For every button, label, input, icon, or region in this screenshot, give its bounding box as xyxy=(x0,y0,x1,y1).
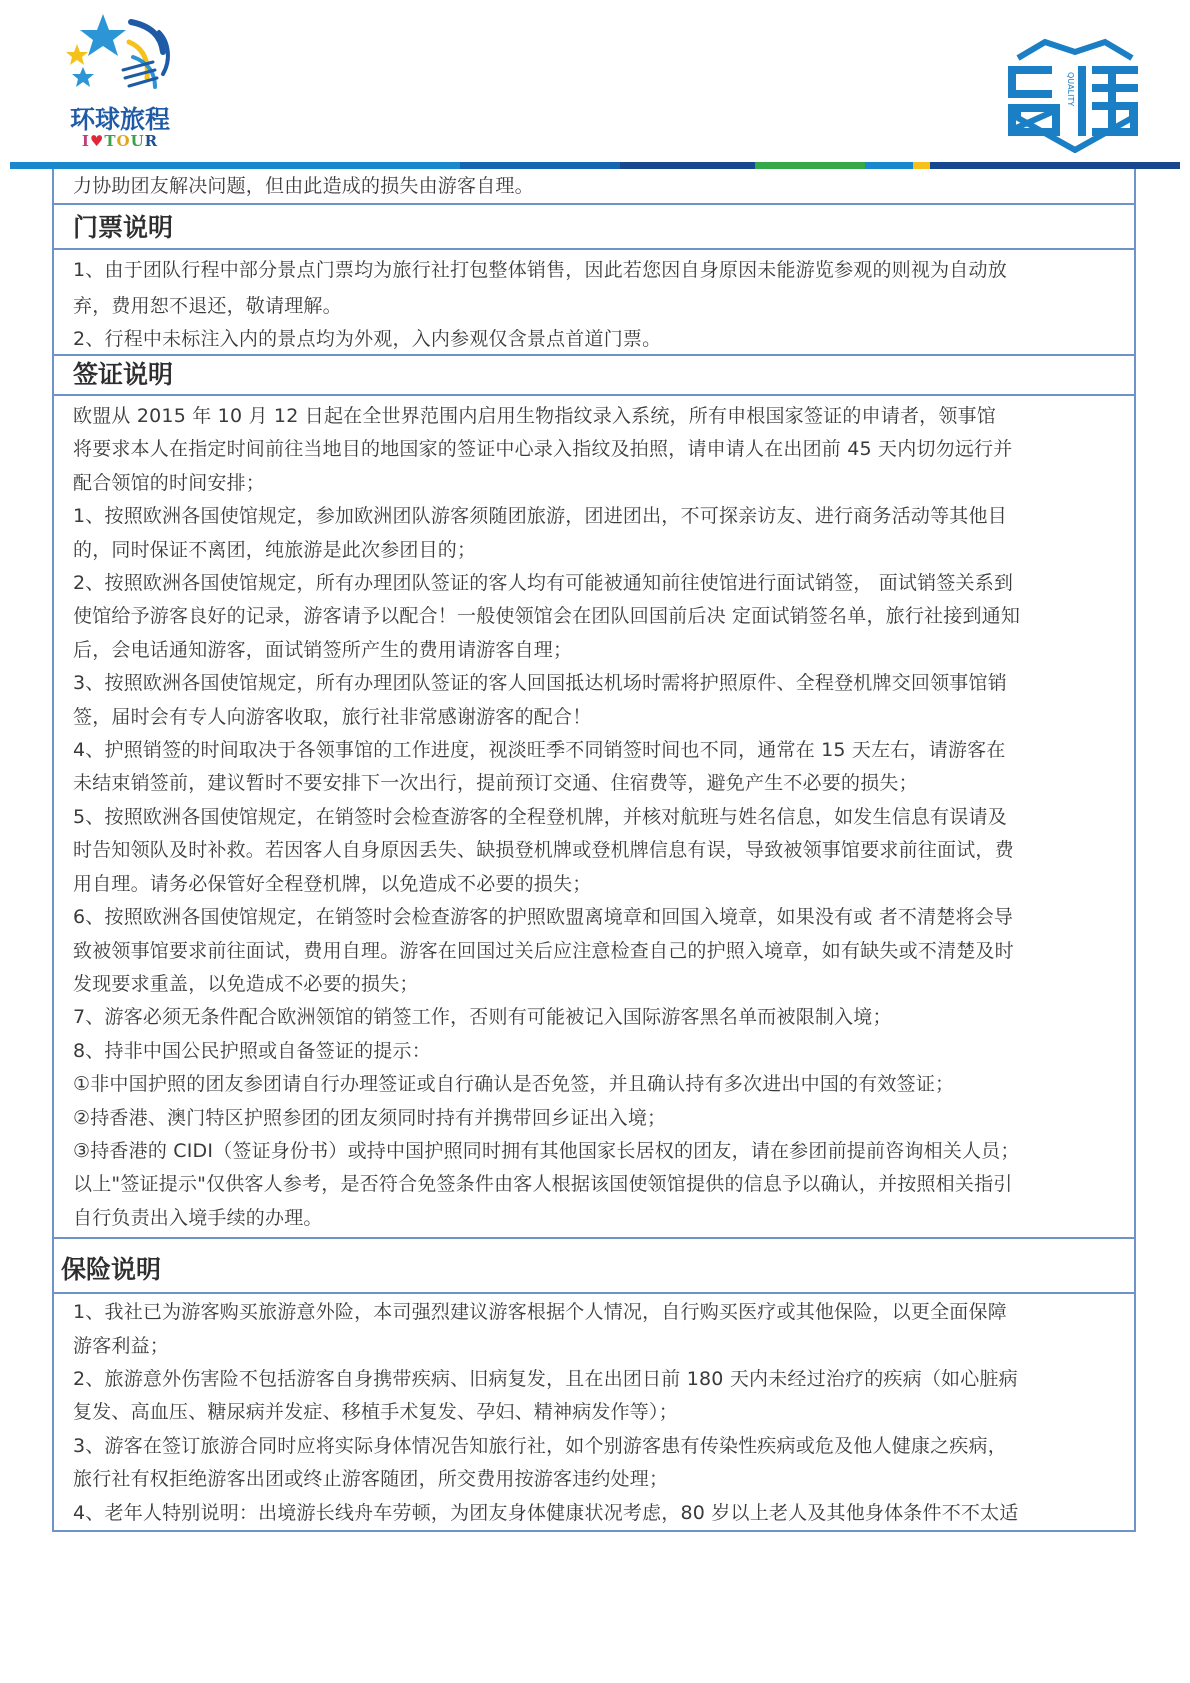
body-line: 配合领馆的时间安排； xyxy=(73,467,1116,500)
body-line: 致被领事馆要求前往面试，费用自理。游客在回国过关后应注意检查自己的护照入境章，如… xyxy=(73,935,1116,968)
body-line: 2、行程中未标注入内的景点均为外观，入内参观仅含景点首道门票。 xyxy=(73,324,1116,354)
body-line: 游客利益； xyxy=(73,1330,1116,1363)
stripe-segment xyxy=(930,162,1180,169)
stars-logo-icon xyxy=(63,12,178,97)
brand-name-cn: 环球旅程 xyxy=(55,100,185,136)
stripe-segment xyxy=(460,162,620,169)
body-line: 未结束销签前，建议暂时不要安排下一次出行，提前预订交通、住宿费等，避免产生不必要… xyxy=(73,767,1116,800)
continuation-text: 力协助团友解决问题，但由此造成的损失由游客自理。 xyxy=(73,169,1116,203)
body-line: 4、护照销签的时间取决于各领事馆的工作进度，视淡旺季不同销签时间也不同，通常在 … xyxy=(73,734,1116,767)
body-line: 1、我社已为游客购买旅游意外险，本司强烈建议游客根据个人情况，自行购买医疗或其他… xyxy=(73,1296,1116,1329)
body-line: 1、按照欧洲各国使馆规定，参加欧洲团队游客须随团旅游，团进团出，不可探亲访友、进… xyxy=(73,500,1116,533)
body-line: 自行负责出入境手续的办理。 xyxy=(73,1202,1116,1235)
stripe-segment xyxy=(620,162,755,169)
header-stripe xyxy=(10,162,1180,169)
section-heading-tickets: 门票说明 xyxy=(54,203,1134,248)
body-line: 用自理。请务必保管好全程登机牌，以免造成不必要的损失； xyxy=(73,868,1116,901)
body-line: 5、按照欧洲各国使馆规定，在销签时会检查游客的全程登机牌，并核对航班与姓名信息，… xyxy=(73,801,1116,834)
body-line: 复发、高血压、糖尿病并发症、移植手术复发、孕妇、精神病发作等）； xyxy=(73,1396,1116,1429)
section-body-tickets: 1、由于团队行程中部分景点门票均为旅行社打包整体销售，因此若您因自身原因未能游览… xyxy=(54,248,1134,354)
body-line: 4、老年人特别说明：出境游长线舟车劳顿，为团友身体健康状况考虑，80 岁以上老人… xyxy=(73,1497,1116,1530)
body-line: 6、按照欧洲各国使馆规定，在销签时会检查游客的护照欧盟离境章和回国入境章，如果没… xyxy=(73,901,1116,934)
body-line: 时告知领队及时补救。若因客人自身原因丢失、缺损登机牌或登机牌信息有误，导致被领事… xyxy=(73,834,1116,867)
body-line: ②持香港、澳门特区护照参团的团友须同时持有并携带回乡证出入境； xyxy=(73,1102,1116,1135)
body-line: 2、旅游意外伤害险不包括游客自身携带疾病、旧病复发，且在出团日前 180 天内未… xyxy=(73,1363,1116,1396)
stripe-segment xyxy=(755,162,865,169)
body-line: 欧盟从 2015 年 10 月 12 日起在全世界范围内启用生物指纹录入系统，所… xyxy=(73,400,1116,433)
body-line: 旅行社有权拒绝游客出团或终止游客随团，所交费用按游客违约处理； xyxy=(73,1463,1116,1496)
section-title: 门票说明 xyxy=(73,205,1116,250)
body-line: 的，同时保证不离团，纯旅游是此次参团目的； xyxy=(73,534,1116,567)
section-heading-visa: 签证说明 xyxy=(54,354,1134,394)
stripe-segment xyxy=(10,162,460,169)
body-line: ①非中国护照的团友参团请自行办理签证或自行确认是否免签，并且确认持有多次进出中国… xyxy=(73,1068,1116,1101)
body-line: 以上"签证提示"仅供客人参考，是否符合免签条件由客人根据该国使领馆提供的信息予以… xyxy=(73,1168,1116,1201)
stripe-segment xyxy=(913,162,930,169)
body-line: 签，届时会有专人向游客收取，旅行社非常感谢游客的配合！ xyxy=(73,701,1116,734)
body-line: 3、游客在签订旅游合同时应将实际身体情况告知旅行社，如个别游客患有传染性疾病或危… xyxy=(73,1430,1116,1463)
page-header: 环球旅程 I♥TOUR QUALITY xyxy=(0,0,1190,160)
body-line: 弃，费用恕不退还，敬请理解。 xyxy=(73,288,1116,324)
section-heading-insurance: 保险说明 xyxy=(54,1237,1134,1292)
body-line: 将要求本人在指定时间前往当地目的地国家的签证中心录入指纹及拍照，请申请人在出团前… xyxy=(73,433,1116,466)
section-title: 签证说明 xyxy=(73,356,1116,394)
svg-text:QUALITY: QUALITY xyxy=(1066,72,1075,106)
body-line: 8、持非中国公民护照或自备签证的提示： xyxy=(73,1035,1116,1068)
body-line: 后，会电话通知游客，面试销签所产生的费用请游客自理； xyxy=(73,634,1116,667)
continuation-row: 力协助团友解决问题，但由此造成的损失由游客自理。 xyxy=(54,169,1134,203)
body-line: 1、由于团队行程中部分景点门票均为旅行社打包整体销售，因此若您因自身原因未能游览… xyxy=(73,252,1116,288)
quality-shield-icon: QUALITY xyxy=(1000,38,1150,153)
terms-table: 力协助团友解决问题，但由此造成的损失由游客自理。 门票说明 1、由于团队行程中部… xyxy=(52,169,1136,1532)
body-line: 3、按照欧洲各国使馆规定，所有办理团队签证的客人回国抵达机场时需将护照原件、全程… xyxy=(73,667,1116,700)
body-line: 2、按照欧洲各国使馆规定，所有办理团队签证的客人均有可能被通知前往使馆进行面试销… xyxy=(73,567,1116,600)
brand-logo: 环球旅程 I♥TOUR xyxy=(55,12,185,152)
brand-name-en: I♥TOUR xyxy=(55,132,185,150)
section-body-visa: 欧盟从 2015 年 10 月 12 日起在全世界范围内启用生物指纹录入系统，所… xyxy=(54,394,1134,1237)
body-line: ③持香港的 CIDI（签证身份书）或持中国护照同时拥有其他国家长居权的团友，请在… xyxy=(73,1135,1116,1168)
body-line: 使馆给予游客良好的记录，游客请予以配合！一般使领馆会在团队回国前后决 定面试销签… xyxy=(73,600,1116,633)
section-body-insurance: 1、我社已为游客购买旅游意外险，本司强烈建议游客根据个人情况，自行购买医疗或其他… xyxy=(54,1292,1134,1530)
body-line: 7、游客必须无条件配合欧洲领馆的销签工作，否则有可能被记入国际游客黑名单而被限制… xyxy=(73,1001,1116,1034)
stripe-segment xyxy=(865,162,913,169)
body-line: 发现要求重盖，以免造成不必要的损失； xyxy=(73,968,1116,1001)
quality-logo: QUALITY xyxy=(1000,38,1150,153)
